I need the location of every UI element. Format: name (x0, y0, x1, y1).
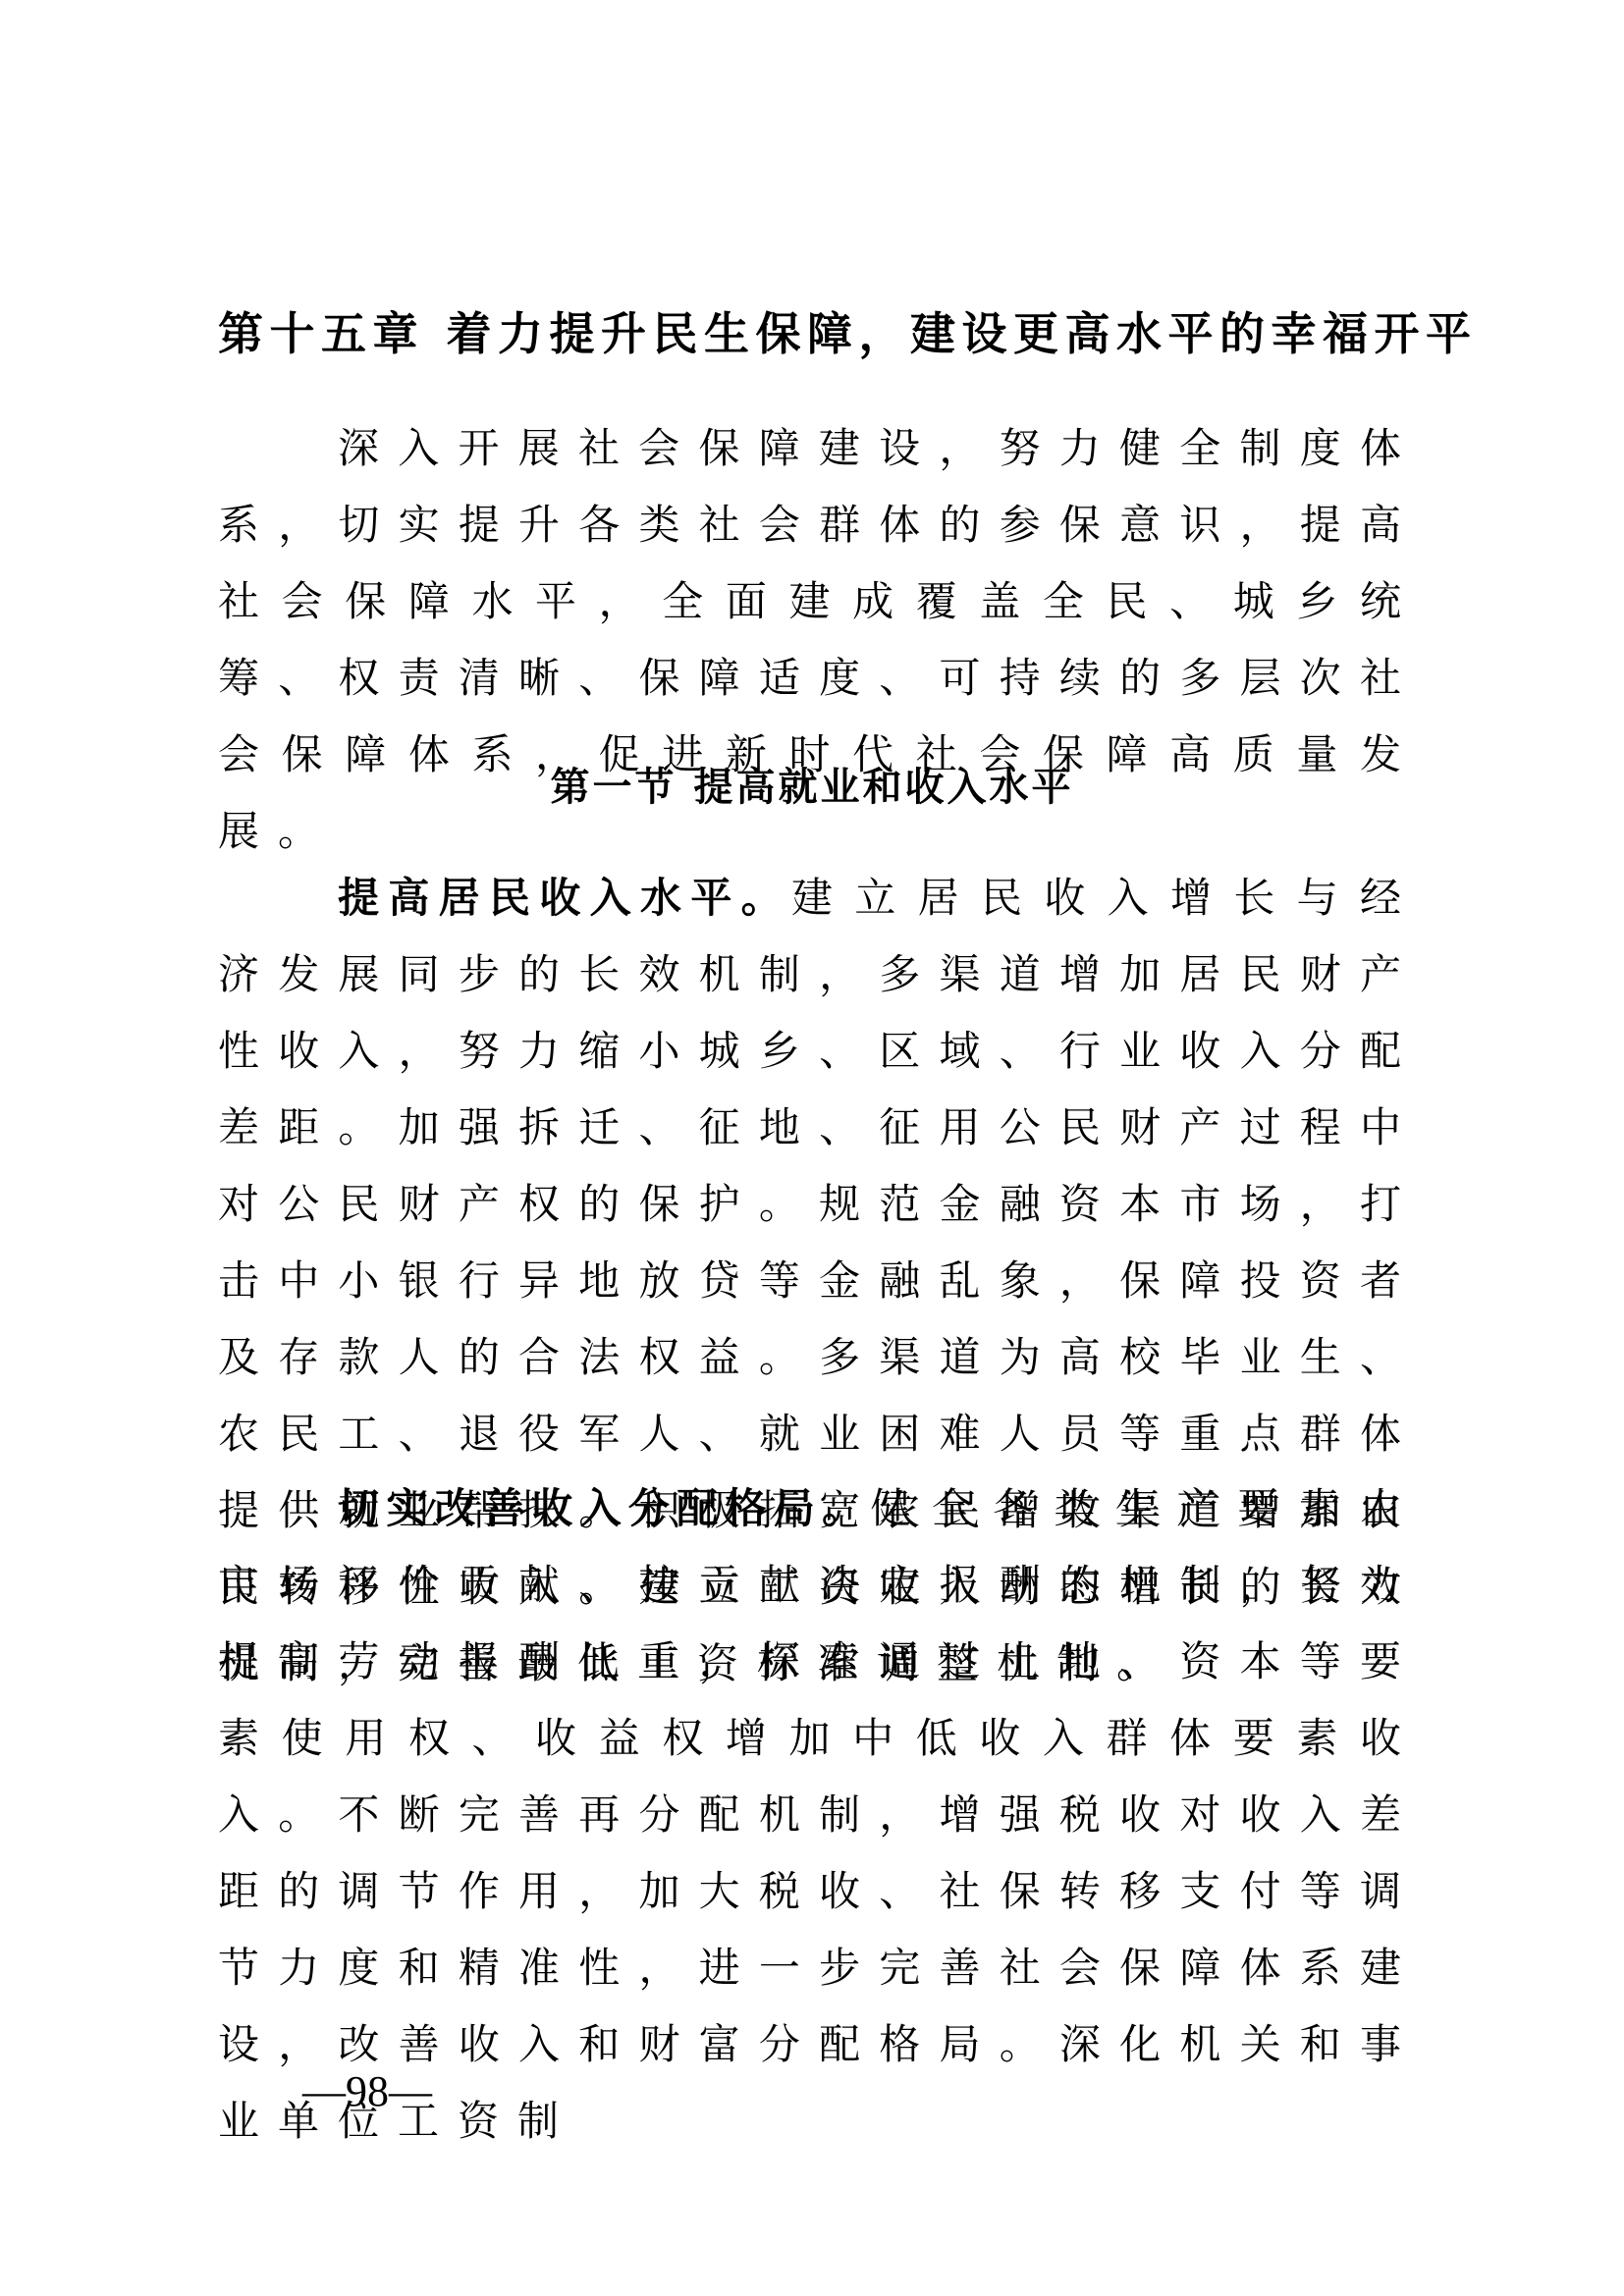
document-page: 第十五章 着力提升民生保障，建设更高水平的幸福开平 深入开展社会保障建设，努力健… (0, 0, 1624, 2296)
paragraph-lead-heading: 提高居民收入水平。 (338, 874, 791, 922)
page-number: —98— (302, 2064, 432, 2119)
chapter-title: 第十五章 着力提升民生保障，建设更高水平的幸福开平 (218, 302, 1421, 365)
paragraph-lead-heading: 切实改善收入分配格局。 (338, 1484, 870, 1532)
paragraph-income-distribution: 切实改善收入分配格局。健全各类生产要素由市场评价贡献、按贡献决定报酬的机制，努力… (218, 1470, 1420, 2160)
paragraph-body-text: 健全各类生产要素由市场评价贡献、按贡献决定报酬的机制，努力提高劳动报酬比重，探索… (218, 1484, 1420, 2145)
section-title: 第一节 提高就业和收入水平 (0, 758, 1624, 817)
